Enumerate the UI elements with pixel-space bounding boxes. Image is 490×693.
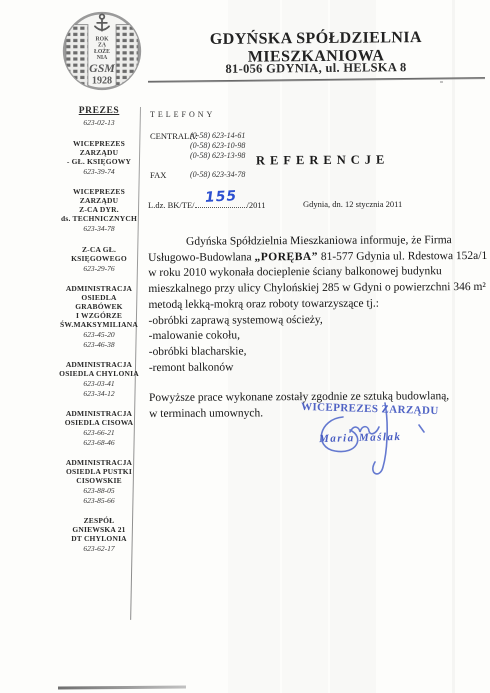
logo-acronym: GSM (89, 61, 115, 75)
sidebar-item: Z-CA GŁ. KSIĘGOWEGO623-29-76 (54, 245, 144, 274)
reference-number-row: L.dz. BK/TE/155/2011 Gdynia, dn. 12 styc… (148, 198, 482, 210)
sidebar-item-title: ADMINISTRACJA OSIEDLA CHYLONIA (54, 360, 144, 378)
sidebar-item: PREZES623-02-13 (54, 106, 144, 128)
sidebar-item: WICEPREZES ZARZĄDU Z-CA DYR. ds. TECHNIC… (54, 187, 144, 234)
body-segment: 81-577 Gdynia ul. Rdestowa 152a/1 (318, 250, 487, 263)
org-address: 81-056 GDYNIA, ul. HELSKA 8 (150, 59, 482, 77)
sidebar-item-phones: 623-34-78 (54, 224, 144, 234)
telefony-label: TELEFONY (150, 110, 215, 119)
sidebar-item-title: Z-CA GŁ. KSIĘGOWEGO (54, 245, 144, 263)
logo-founded-line: NIA (97, 55, 108, 61)
sidebar-item: ADMINISTRACJA OSIEDLA CHYLONIA623-03-41 … (54, 360, 144, 398)
body-paragraph: w roku 2010 wykonała docieplenie ściany … (148, 264, 481, 376)
sidebar-item-phones: 623-45-20 623-46-38 (54, 330, 144, 349)
body-line: mieszkalnego przy ulicy Chylońskiej 285 … (148, 280, 480, 298)
sidebar-item-phones: 623-02-13 (54, 118, 144, 128)
letter-body: Gdyńska Spółdzielnia Mieszkaniowa inform… (148, 233, 481, 423)
gsm-logo: ROK ZA ŁOŻE NIA GSM 1928 (57, 7, 147, 95)
body-line: Gdyńska Spółdzielnia Mieszkaniowa inform… (148, 233, 480, 251)
sidebar-item: ADMINISTRACJA OSIEDLA GRABÓWEK I WZGÓRZE… (54, 284, 144, 349)
fax-row: FAX (0-58) 623-34-78 (150, 170, 245, 180)
scanned-reference-letter: ROK ZA ŁOŻE NIA GSM 1928 GDYŃSKA SPÓŁDZI… (0, 0, 490, 693)
sidebar-item-title: ADMINISTRACJA OSIEDLA PUSTKI CISOWSKIE (54, 458, 144, 485)
sidebar-item-phones: 623-29-76 (54, 264, 144, 274)
ldz-suffix: /2011 (247, 200, 266, 210)
sidebar-item-title: WICEPREZES ZARZĄDU - GŁ. KSIĘGOWY (54, 139, 144, 166)
ldz-number-handwritten: 155 (204, 188, 237, 206)
sidebar-item-title: ZESPÓŁ GNIEWSKA 21 DT CHYLONIA (54, 516, 144, 543)
sidebar-item-phones: 623-62-17 (54, 544, 144, 554)
document-title: REFERENCJE (256, 153, 389, 169)
sidebar-item: ADMINISTRACJA OSIEDLA CISOWA623-66-21 62… (54, 409, 144, 447)
ldz-prefix: L.dz. BK/TE/ (148, 200, 195, 210)
sidebar-item-title: ADMINISTRACJA OSIEDLA CISOWA (54, 409, 144, 427)
phone-number: (0-58) 623-13-98 (190, 151, 245, 161)
signature-flourish (297, 399, 462, 499)
centrala-row: CENTRALA: (0-58) 623-14-61(0-58) 623-10-… (150, 131, 245, 161)
logo-founded-line: ZA (98, 43, 107, 49)
phone-number: (0-58) 623-14-61 (190, 131, 245, 141)
date-line: Gdynia, dn. 12 stycznia 2011 (303, 199, 402, 209)
contacts-sidebar: PREZES623-02-13WICEPREZES ZARZĄDU - GŁ. … (54, 106, 144, 554)
fax-number: (0-58) 623-34-78 (190, 170, 245, 180)
logo-founded-line: ŁOŻE (94, 48, 110, 55)
sidebar-item-phones: 623-66-21 623-68-46 (54, 428, 144, 447)
ldz-dotted-line: 155 (195, 198, 247, 208)
sidebar-item-title: ADMINISTRACJA OSIEDLA GRABÓWEK I WZGÓRZE… (54, 284, 144, 329)
signature-name: Maria Maślak (319, 431, 402, 445)
centrala-label: CENTRALA: (150, 131, 190, 161)
sidebar-item-phones: 623-88-05 623-85-66 (54, 486, 144, 505)
logo-founded-line: ROK (95, 36, 109, 42)
body-segment: Usługowo-Budowlana (148, 251, 254, 264)
centrala-numbers: (0-58) 623-14-61(0-58) 623-10-98(0-58) 6… (190, 131, 245, 161)
sidebar-item: ADMINISTRACJA OSIEDLA PUSTKI CISOWSKIE62… (54, 458, 144, 505)
sidebar-item: WICEPREZES ZARZĄDU - GŁ. KSIĘGOWY623-39-… (54, 139, 144, 177)
sidebar-item-phones: 623-03-41 623-34-12 (54, 379, 144, 398)
fax-label: FAX (150, 170, 190, 180)
company-name-bold: „PORĘBA” (254, 251, 317, 263)
scan-speck (440, 81, 443, 83)
sidebar-item-phones: 623-39-74 (54, 167, 144, 177)
sidebar-item-title: WICEPREZES ZARZĄDU Z-CA DYR. ds. TECHNIC… (54, 187, 144, 223)
phone-number: (0-58) 623-10-98 (190, 141, 245, 151)
stamp-signature-block: WICEPREZES ZARZĄDU Maria Maślak (293, 399, 468, 504)
sidebar-item-title: PREZES (54, 106, 144, 117)
logo-year: 1928 (92, 76, 112, 87)
scan-artifact-line (58, 686, 186, 689)
body-line: -remont balkonów (149, 359, 481, 377)
sidebar-item: ZESPÓŁ GNIEWSKA 21 DT CHYLONIA623-62-17 (54, 516, 144, 554)
